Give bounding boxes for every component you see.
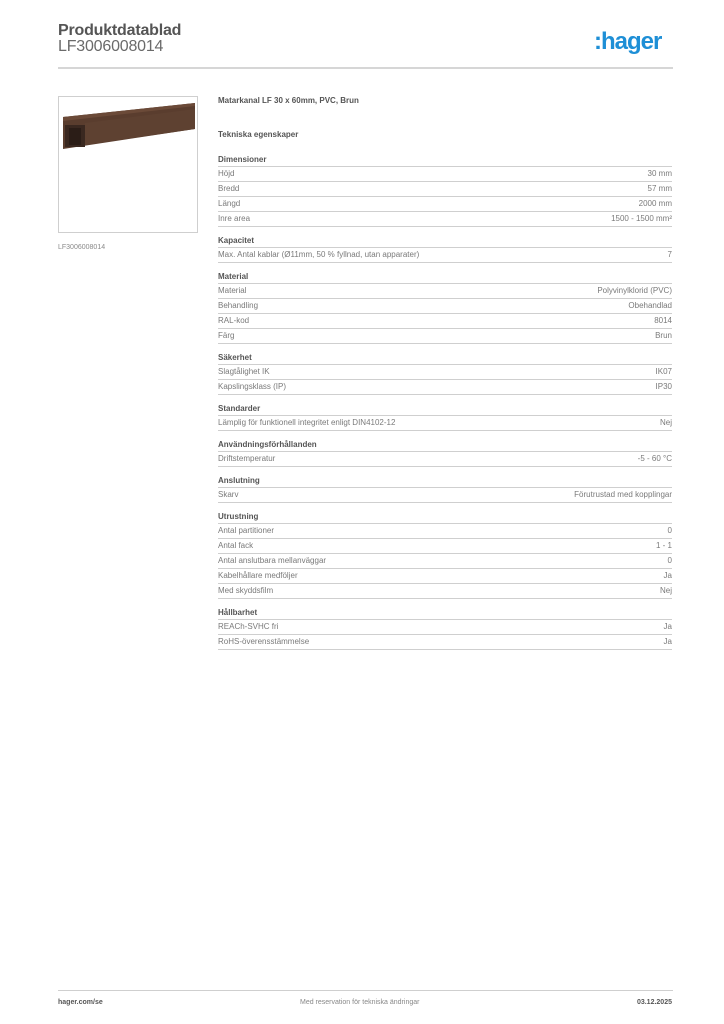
spec-label: Bredd: [218, 182, 239, 196]
section-title: Utrustning: [218, 511, 672, 524]
spec-row: RoHS-överensstämmelseJa: [218, 635, 672, 650]
spec-label: Höjd: [218, 167, 234, 181]
spec-label: Driftstemperatur: [218, 452, 275, 466]
spec-label: Kapslingsklass (IP): [218, 380, 286, 394]
spec-value: Nej: [660, 584, 672, 598]
spec-section: AnslutningSkarvFörutrustad med kopplinga…: [218, 475, 672, 503]
spec-label: RoHS-överensstämmelse: [218, 635, 309, 649]
spec-label: Antal partitioner: [218, 524, 274, 538]
spec-row: Lämplig för funktionell integritet enlig…: [218, 416, 672, 431]
spec-label: Antal fack: [218, 539, 253, 553]
product-code: LF3006008014: [58, 38, 163, 56]
spec-value: 7: [668, 248, 672, 262]
section-title: Dimensioner: [218, 154, 672, 167]
section-title: Material: [218, 271, 672, 284]
spec-value: 57 mm: [648, 182, 672, 196]
spec-label: Antal anslutbara mellanväggar: [218, 554, 326, 568]
header-divider: [58, 67, 673, 69]
section-title: Hållbarhet: [218, 607, 672, 620]
spec-label: Med skyddsfilm: [218, 584, 273, 598]
spec-section: UtrustningAntal partitioner0Antal fack1 …: [218, 511, 672, 599]
spec-row: Bredd57 mm: [218, 182, 672, 197]
product-name: Matarkanal LF 30 x 60mm, PVC, Brun: [218, 96, 672, 110]
spec-label: Behandling: [218, 299, 258, 313]
spec-label: Lämplig för funktionell integritet enlig…: [218, 416, 395, 430]
spec-label: Material: [218, 284, 246, 298]
spec-row: Inre area1500 - 1500 mm²: [218, 212, 672, 227]
spec-value: Polyvinylklorid (PVC): [597, 284, 672, 298]
tech-heading: Tekniska egenskaper: [218, 130, 672, 154]
spec-value: Förutrustad med kopplingar: [574, 488, 672, 502]
spec-value: IP30: [656, 380, 672, 394]
spec-row: MaterialPolyvinylklorid (PVC): [218, 284, 672, 299]
footer-date: 03.12.2025: [637, 999, 672, 1006]
section-title: Säkerhet: [218, 352, 672, 365]
spec-value: 2000 mm: [639, 197, 672, 211]
spec-section: DimensionerHöjd30 mmBredd57 mmLängd2000 …: [218, 154, 672, 227]
spec-value: Nej: [660, 416, 672, 430]
spec-value: Obehandlad: [628, 299, 672, 313]
section-title: Kapacitet: [218, 235, 672, 248]
spec-value: Brun: [655, 329, 672, 343]
spec-row: FärgBrun: [218, 329, 672, 344]
spec-row: Driftstemperatur-5 - 60 °C: [218, 452, 672, 467]
spec-row: BehandlingObehandlad: [218, 299, 672, 314]
spec-sections: DimensionerHöjd30 mmBredd57 mmLängd2000 …: [218, 154, 672, 650]
cable-trunking-image-icon: [59, 97, 197, 232]
image-caption: LF3006008014: [58, 244, 105, 251]
spec-value: -5 - 60 °C: [638, 452, 672, 466]
spec-value: IK07: [656, 365, 672, 379]
spec-row: Höjd30 mm: [218, 167, 672, 182]
hager-logo: :hager: [594, 28, 661, 56]
spec-row: Max. Antal kablar (Ø11mm, 50 % fyllnad, …: [218, 248, 672, 263]
spec-label: REACh-SVHC fri: [218, 620, 278, 634]
spec-section: AnvändningsförhållandenDriftstemperatur-…: [218, 439, 672, 467]
section-title: Anslutning: [218, 475, 672, 488]
spec-content: Matarkanal LF 30 x 60mm, PVC, Brun Tekni…: [218, 96, 672, 658]
spec-row: Antal fack1 - 1: [218, 539, 672, 554]
spec-value: 1500 - 1500 mm²: [611, 212, 672, 226]
spec-row: Antal partitioner0: [218, 524, 672, 539]
spec-label: Inre area: [218, 212, 250, 226]
spec-row: RAL-kod8014: [218, 314, 672, 329]
spec-value: Ja: [664, 620, 672, 634]
spec-row: Kapslingsklass (IP)IP30: [218, 380, 672, 395]
spec-label: Färg: [218, 329, 234, 343]
spec-label: RAL-kod: [218, 314, 249, 328]
spec-label: Längd: [218, 197, 240, 211]
section-title: Standarder: [218, 403, 672, 416]
spec-section: HållbarhetREACh-SVHC friJaRoHS-överensst…: [218, 607, 672, 650]
spec-label: Kabelhållare medföljer: [218, 569, 298, 583]
footer-website[interactable]: hager.com/se: [58, 999, 103, 1006]
footer-divider: [58, 990, 673, 991]
section-title: Användningsförhållanden: [218, 439, 672, 452]
spec-section: SäkerhetSlagtålighet IKIK07Kapslingsklas…: [218, 352, 672, 395]
spec-row: Med skyddsfilmNej: [218, 584, 672, 599]
spec-value: Ja: [664, 569, 672, 583]
spec-label: Slagtålighet IK: [218, 365, 270, 379]
footer-disclaimer: Med reservation för tekniska ändringar: [300, 999, 419, 1006]
spec-section: KapacitetMax. Antal kablar (Ø11mm, 50 % …: [218, 235, 672, 263]
spec-row: SkarvFörutrustad med kopplingar: [218, 488, 672, 503]
product-image: [58, 96, 198, 233]
spec-section: StandarderLämplig för funktionell integr…: [218, 403, 672, 431]
spec-value: 30 mm: [648, 167, 672, 181]
spec-row: Längd2000 mm: [218, 197, 672, 212]
spec-row: Kabelhållare medföljerJa: [218, 569, 672, 584]
spec-value: 1 - 1: [656, 539, 672, 553]
spec-row: REACh-SVHC friJa: [218, 620, 672, 635]
spec-row: Antal anslutbara mellanväggar0: [218, 554, 672, 569]
spec-label: Max. Antal kablar (Ø11mm, 50 % fyllnad, …: [218, 248, 419, 262]
spec-row: Slagtålighet IKIK07: [218, 365, 672, 380]
spec-value: 0: [668, 554, 672, 568]
spec-value: 8014: [654, 314, 672, 328]
spec-value: 0: [668, 524, 672, 538]
spec-label: Skarv: [218, 488, 238, 502]
spec-section: MaterialMaterialPolyvinylklorid (PVC)Beh…: [218, 271, 672, 344]
spec-value: Ja: [664, 635, 672, 649]
